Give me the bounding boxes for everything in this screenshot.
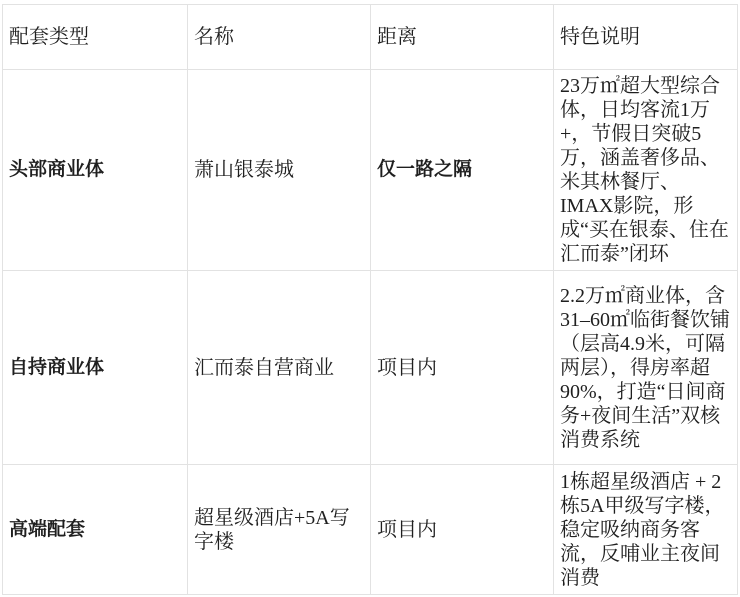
cell-description: 23万㎡超大型综合体，日均客流1万+，节假日突破5万，涵盖奢侈品、米其林餐厅、I…: [554, 70, 738, 271]
column-header-distance: 距离: [371, 5, 554, 70]
table-row: 自持商业体 汇而泰自营商业 项目内 2.2万㎡商业体，含31–60㎡临街餐饮铺（…: [3, 271, 738, 465]
cell-name: 超星级酒店+5A写字楼: [188, 465, 371, 595]
table-header-row: 配套类型 名称 距离 特色说明: [3, 5, 738, 70]
column-header-features: 特色说明: [554, 5, 738, 70]
cell-description: 1栋超星级酒店 + 2栋5A甲级写字楼，稳定吸纳商务客流，反哺业主夜间消费: [554, 465, 738, 595]
cell-category: 高端配套: [3, 465, 188, 595]
cell-distance: 项目内: [371, 465, 554, 595]
table-row: 高端配套 超星级酒店+5A写字楼 项目内 1栋超星级酒店 + 2栋5A甲级写字楼…: [3, 465, 738, 595]
cell-name: 汇而泰自营商业: [188, 271, 371, 465]
cell-distance: 项目内: [371, 271, 554, 465]
column-header-category: 配套类型: [3, 5, 188, 70]
cell-distance: 仅一路之隔: [371, 70, 554, 271]
cell-description: 2.2万㎡商业体，含31–60㎡临街餐饮铺（层高4.9米，可隔两层），得房率超9…: [554, 271, 738, 465]
column-header-name: 名称: [188, 5, 371, 70]
amenities-table: 配套类型 名称 距离 特色说明 头部商业体 萧山银泰城 仅一路之隔 23万㎡超大…: [2, 4, 738, 595]
cell-name: 萧山银泰城: [188, 70, 371, 271]
cell-category: 头部商业体: [3, 70, 188, 271]
table-row: 头部商业体 萧山银泰城 仅一路之隔 23万㎡超大型综合体，日均客流1万+，节假日…: [3, 70, 738, 271]
cell-category: 自持商业体: [3, 271, 188, 465]
